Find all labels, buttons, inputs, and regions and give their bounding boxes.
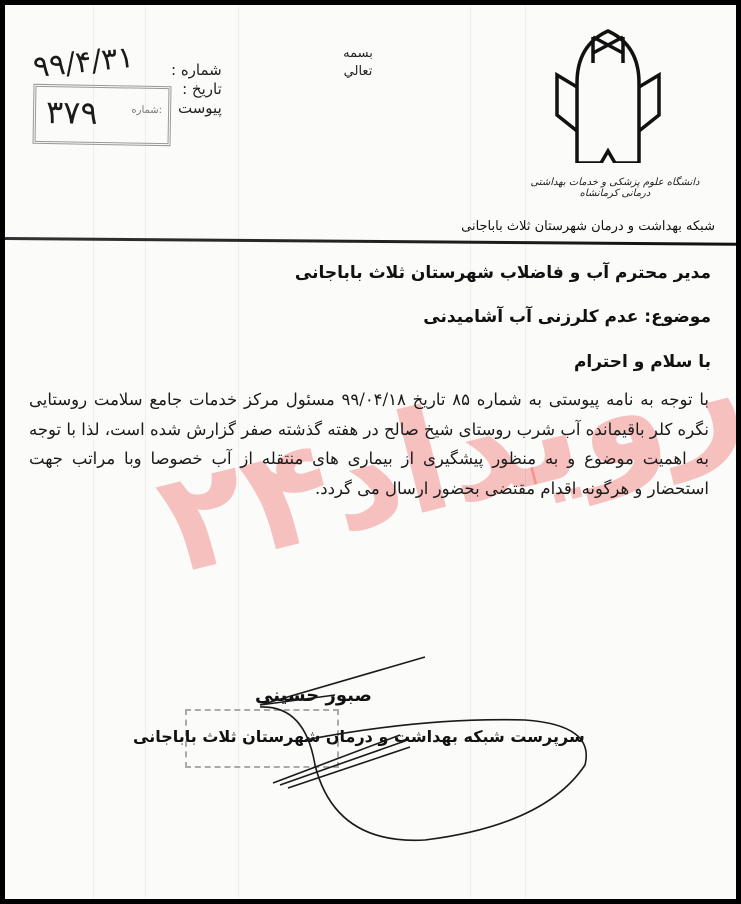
bismillah-line-1: بسمه [323,45,393,63]
signer-title: سرپرست شبکه بهداشت و درمان شهرستان ثلاث … [133,727,585,746]
attachment-label: پیوست [171,99,222,118]
university-logo-icon [553,23,663,163]
subject: موضوع: عدم کلرزنی آب آشامیدنی [423,307,711,327]
letter-page: بسمه تعالي دانشگاه علوم پزشکی و خدمات به… [5,5,736,899]
signer-name: صبور حسینی [255,685,372,706]
greeting: با سلام و احترام [574,352,711,372]
date-label: تاریخ : [171,80,222,99]
number-label: شماره : [171,61,222,80]
bismillah-line-2: تعالي [323,63,393,81]
stamp-number: ۳۷۹ [46,93,98,132]
letter-body: با توجه به نامه پیوستی به شماره ۸۵ تاریخ… [29,385,709,503]
network-name: شبکه بهداشت و درمان شهرستان ثلاث باباجان… [425,219,715,234]
header-divider [5,237,736,246]
bismillah-header: بسمه تعالي [323,45,393,81]
recipient: مدیر محترم آب و فاضلاب شهرستان ثلاث بابا… [295,263,711,283]
meta-labels: شماره : تاریخ : پیوست [171,61,222,118]
handwritten-date: ۹۹/۴/۳۱ [31,40,135,85]
stamp-label: شماره: [131,105,162,117]
university-name: دانشگاه علوم پزشکی و خدمات بهداشتی درمان… [515,177,715,199]
registration-stamp: شماره: ۳۷۹ [32,84,171,146]
